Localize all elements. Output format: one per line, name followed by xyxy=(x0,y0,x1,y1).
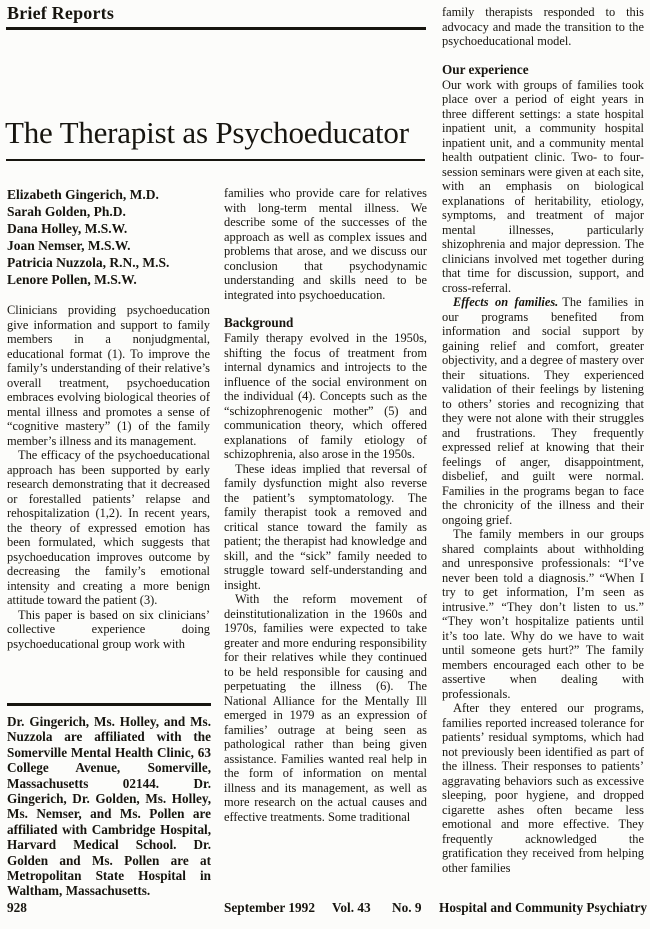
paragraph: With the reform movement of deinstitutio… xyxy=(224,592,427,824)
journal-page: Brief Reports The Therapist as Psychoedu… xyxy=(0,0,650,929)
issue-date: September 1992 xyxy=(224,900,315,916)
column-1: Elizabeth Gingerich, M.D. Sarah Golden, … xyxy=(7,186,210,698)
title-rule xyxy=(6,159,425,161)
affiliation-note: Dr. Gingerich, Ms. Holley, and Ms. Nuzzo… xyxy=(7,703,211,899)
journal-name: Hospital and Community Psychiatry xyxy=(439,900,647,916)
runin-heading: Effects on families. xyxy=(453,295,558,309)
author-name: Elizabeth Gingerich, M.D. xyxy=(7,186,210,203)
paragraph: The efficacy of the psychoeducational ap… xyxy=(7,448,210,608)
paragraph-text: The families in our programs benefited f… xyxy=(442,295,644,527)
issue-number: No. 9 xyxy=(392,900,422,916)
author-name: Lenore Pollen, M.S.W. xyxy=(7,271,210,288)
paragraph: Our work with groups of families took pl… xyxy=(442,78,644,296)
article-title: The Therapist as Psychoeducator xyxy=(5,110,433,156)
paragraph-effects-on-families: Effects on families.The families in our … xyxy=(442,295,644,527)
author-list: Elizabeth Gingerich, M.D. Sarah Golden, … xyxy=(7,186,210,288)
paragraph: These ideas implied that reversal of fam… xyxy=(224,462,427,593)
author-name: Sarah Golden, Ph.D. xyxy=(7,203,210,220)
paragraph-abstract-continuation: families who provide care for relatives … xyxy=(224,186,427,302)
paragraph: After they entered our programs, familie… xyxy=(442,701,644,875)
page-footer: 928 September 1992 Vol. 43 No. 9 Hospita… xyxy=(0,900,650,920)
paragraph: This paper is based on six clinicians’ c… xyxy=(7,608,210,652)
section-heading-our-experience: Our experience xyxy=(442,62,644,77)
column-3: family therapists responded to this advo… xyxy=(442,5,644,893)
kicker-rule xyxy=(6,27,426,30)
column-2: families who provide care for relatives … xyxy=(224,186,427,892)
page-number: 928 xyxy=(7,900,27,916)
paragraph-continuation: family therapists responded to this advo… xyxy=(442,5,644,49)
section-label: Brief Reports xyxy=(7,3,114,24)
volume-label: Vol. 43 xyxy=(332,900,371,916)
author-name: Joan Nemser, M.S.W. xyxy=(7,237,210,254)
author-name: Patricia Nuzzola, R.N., M.S. xyxy=(7,254,210,271)
author-name: Dana Holley, M.S.W. xyxy=(7,220,210,237)
paragraph: Family therapy evolved in the 1950s, shi… xyxy=(224,331,427,462)
paragraph: The family members in our groups shared … xyxy=(442,527,644,701)
paragraph-intro: Clinicians providing psychoeducation giv… xyxy=(7,303,210,448)
section-heading-background: Background xyxy=(224,315,427,330)
affiliation-text: Dr. Gingerich, Ms. Holley, and Ms. Nuzzo… xyxy=(7,714,211,899)
